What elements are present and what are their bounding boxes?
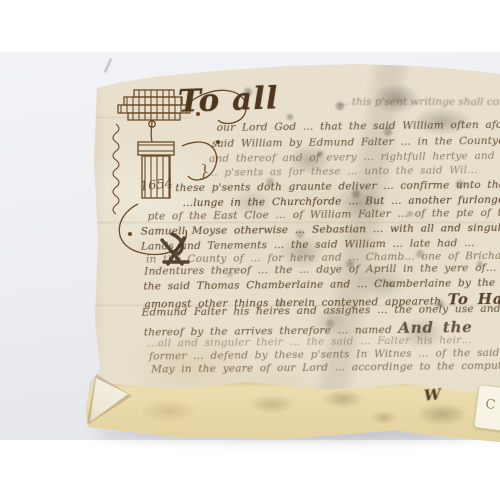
- text-line: Indentures thereof … the … daye of April…: [144, 262, 496, 278]
- signature-mark: W: [423, 385, 441, 404]
- text-line: and thereof and of every … rightfull her…: [209, 150, 500, 165]
- text-line: Samuell Moyse otherwise … Sebastian … wi…: [141, 222, 500, 238]
- text-line: these p'sents doth graunte deliver … con…: [175, 178, 500, 194]
- parchment-document: 1654 } To all … this p'sent writinge sha…: [86, 60, 500, 444]
- paper-tag: C: [473, 384, 500, 432]
- tag-label: C: [484, 397, 496, 413]
- text-line: … p'sents as for these … unto the said W…: [207, 164, 478, 179]
- text-line: said William by Edmund Falter … in the C…: [212, 135, 500, 150]
- text-line: our Lord God … that the said William oft…: [217, 119, 500, 134]
- photo-frame: 1654 } To all … this p'sent writinge sha…: [0, 0, 500, 500]
